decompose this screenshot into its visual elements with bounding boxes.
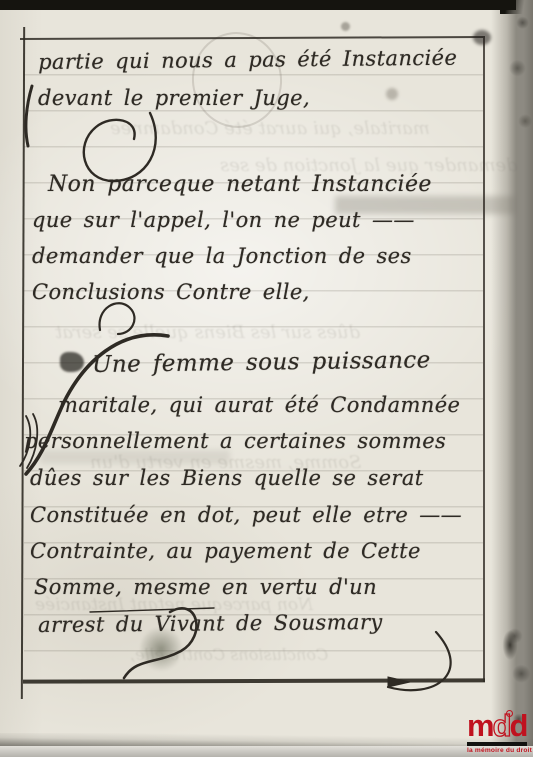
bleedthrough-text: dûes sur les Biens quelle se serat <box>55 322 360 343</box>
mdd-tagline: la mémoire du droit <box>467 747 531 754</box>
manuscript-line: maritale, qui aurat été Condamnée <box>58 393 460 417</box>
manuscript-line: que sur l'appel, l'on ne peut —— <box>32 208 415 232</box>
mdd-logo-ring-mark <box>506 710 513 717</box>
frame-rule-right <box>483 38 485 682</box>
manuscript-line: demander que la Jonction de ses <box>32 244 412 268</box>
ink-blot <box>473 30 491 45</box>
scan-top-edge <box>0 0 516 10</box>
manuscript-line: Somme, mesme en vertu d'un <box>34 575 377 599</box>
manuscript-line: Contrainte, au payement de Cette <box>30 539 421 563</box>
manuscript-line: Non parceque netant Instanciée <box>48 172 432 197</box>
scan-bottom-edge <box>0 746 533 757</box>
ink-blot <box>60 352 84 372</box>
scan-bottom-shadow <box>0 733 533 747</box>
page-edge-blot <box>499 622 521 668</box>
manuscript-line: dûes sur les Biens quelle se serat <box>30 466 424 490</box>
frame-rule-bottom <box>23 678 485 683</box>
scan-top-edge-fade <box>500 0 533 14</box>
manuscript-line: Constituée en dot, peut elle etre —— <box>30 503 462 527</box>
manuscript-line: partie qui nous a pas été Instanciée <box>38 46 457 74</box>
ink-blot <box>386 88 398 100</box>
mdd-logo: mdd <box>467 712 531 740</box>
ink-blot <box>341 22 350 31</box>
manuscript-line: arrest du Vivant de Sousmary <box>38 610 383 637</box>
scanned-manuscript-page: maritale, qui aurat été Condamnée demand… <box>0 0 533 757</box>
manuscript-line: Une femme sous puissance <box>92 347 431 378</box>
manuscript-line: devant le premier Juge, <box>38 86 310 110</box>
manuscript-line: personnellement a certaines sommes <box>24 429 446 453</box>
manuscript-line: Conclusions Contre elle, <box>32 280 310 304</box>
mdd-logo-m: m <box>467 708 493 743</box>
bleedthrough-text: maritale, qui aurat été Condamnée <box>110 118 430 139</box>
mdd-watermark: mdd la mémoire du droit <box>467 712 531 754</box>
